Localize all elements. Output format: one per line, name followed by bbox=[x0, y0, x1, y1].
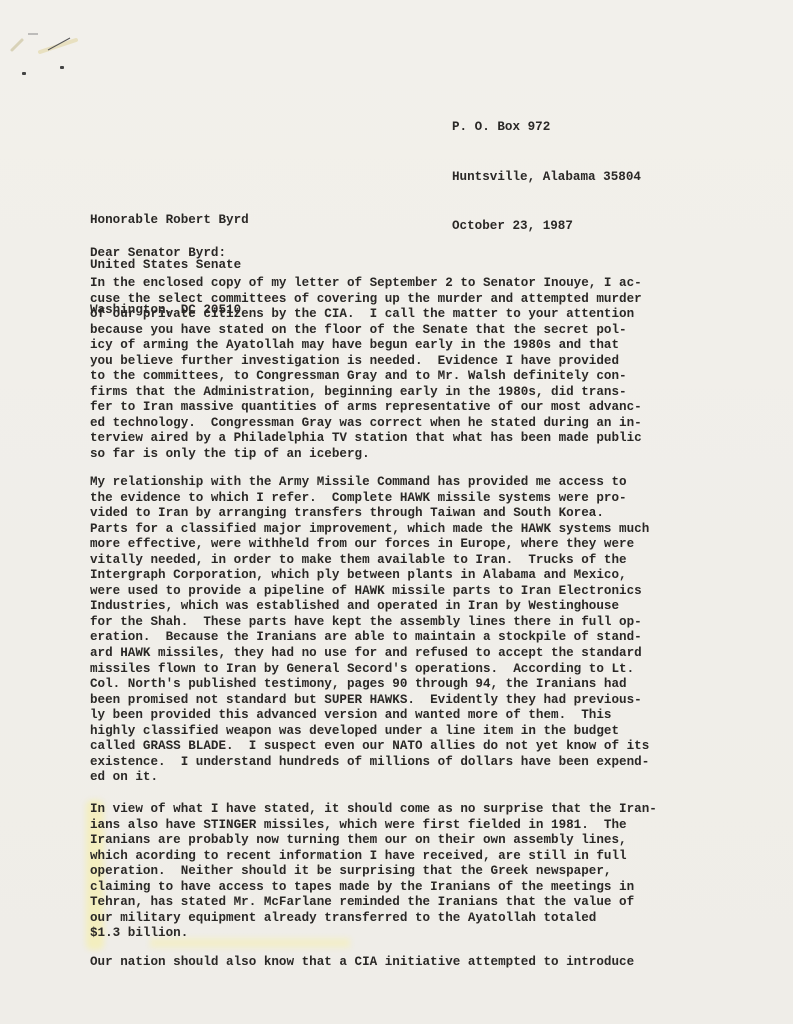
text-line: ard HAWK missiles, they had no use for a… bbox=[90, 646, 649, 662]
text-line: which acording to recent information I h… bbox=[90, 849, 657, 865]
text-line: cuse the select committees of covering u… bbox=[90, 292, 642, 308]
text-line: been promised not standard but SUPER HAW… bbox=[90, 693, 649, 709]
pen-scribble-icon bbox=[8, 30, 78, 58]
text-line: vitally needed, in order to make them av… bbox=[90, 553, 649, 569]
text-line: firms that the Administration, beginning… bbox=[90, 385, 642, 401]
text-line: existence. I understand hundreds of mill… bbox=[90, 755, 649, 771]
text-line: Tehran, has stated Mr. McFarlane reminde… bbox=[90, 895, 657, 911]
text-line: highly classified weapon was developed u… bbox=[90, 724, 649, 740]
text-line: were used to provide a pipeline of HAWK … bbox=[90, 584, 649, 600]
letter-page: P. O. Box 972 Huntsville, Alabama 35804 … bbox=[0, 0, 793, 1024]
text-line: our military equipment already transferr… bbox=[90, 911, 657, 927]
text-line: ed technology. Congressman Gray was corr… bbox=[90, 416, 642, 432]
paragraph-1: In the enclosed copy of my letter of Sep… bbox=[90, 276, 642, 463]
salutation: Dear Senator Byrd: bbox=[90, 246, 226, 260]
return-address-line: P. O. Box 972 bbox=[452, 119, 641, 136]
text-line: eration. Because the Iranians are able t… bbox=[90, 630, 649, 646]
text-line: Industries, which was established and op… bbox=[90, 599, 649, 615]
paragraph-4: Our nation should also know that a CIA i… bbox=[90, 955, 634, 971]
text-line: In view of what I have stated, it should… bbox=[90, 802, 657, 818]
text-line: icy of arming the Ayatollah may have beg… bbox=[90, 338, 642, 354]
ink-dot bbox=[22, 72, 26, 75]
text-line: of our private citizens by the CIA. I ca… bbox=[90, 307, 642, 323]
text-line: you believe further investigation is nee… bbox=[90, 354, 642, 370]
return-address: P. O. Box 972 Huntsville, Alabama 35804 … bbox=[452, 86, 641, 268]
text-line: Parts for a classified major improvement… bbox=[90, 522, 649, 538]
text-line: Col. North's published testimony, pages … bbox=[90, 677, 649, 693]
text-line: ians also have STINGER missiles, which w… bbox=[90, 818, 657, 834]
text-line: vided to Iran by arranging transfers thr… bbox=[90, 506, 649, 522]
text-line: terview aired by a Philadelphia TV stati… bbox=[90, 431, 642, 447]
text-line: because you have stated on the floor of … bbox=[90, 323, 642, 339]
text-line: $1.3 billion. bbox=[90, 926, 657, 942]
ink-dot bbox=[60, 66, 64, 69]
paragraph-2: My relationship with the Army Missile Co… bbox=[90, 475, 649, 786]
text-line: Intergraph Corporation, which ply betwee… bbox=[90, 568, 649, 584]
text-line: the evidence to which I refer. Complete … bbox=[90, 491, 649, 507]
return-address-line: Huntsville, Alabama 35804 bbox=[452, 169, 641, 186]
paragraph-3: In view of what I have stated, it should… bbox=[90, 802, 657, 942]
recipient-line: United States Senate bbox=[90, 258, 249, 273]
text-line: ly been provided this advanced version a… bbox=[90, 708, 649, 724]
text-line: In the enclosed copy of my letter of Sep… bbox=[90, 276, 642, 292]
text-line: to the committees, to Congressman Gray a… bbox=[90, 369, 642, 385]
text-line: fer to Iran massive quantities of arms r… bbox=[90, 400, 642, 416]
text-line: more effective, were withheld from our f… bbox=[90, 537, 649, 553]
recipient-line: Honorable Robert Byrd bbox=[90, 213, 249, 228]
text-line: ed on it. bbox=[90, 770, 649, 786]
letter-date: October 23, 1987 bbox=[452, 218, 641, 235]
text-line: missiles flown to Iran by General Secord… bbox=[90, 662, 649, 678]
text-line: operation. Neither should it be surprisi… bbox=[90, 864, 657, 880]
text-line: Our nation should also know that a CIA i… bbox=[90, 955, 634, 971]
text-line: called GRASS BLADE. I suspect even our N… bbox=[90, 739, 649, 755]
text-line: claiming to have access to tapes made by… bbox=[90, 880, 657, 896]
text-line: for the Shah. These parts have kept the … bbox=[90, 615, 649, 631]
text-line: My relationship with the Army Missile Co… bbox=[90, 475, 649, 491]
text-line: so far is only the tip of an iceberg. bbox=[90, 447, 642, 463]
text-line: Iranians are probably now turning them o… bbox=[90, 833, 657, 849]
